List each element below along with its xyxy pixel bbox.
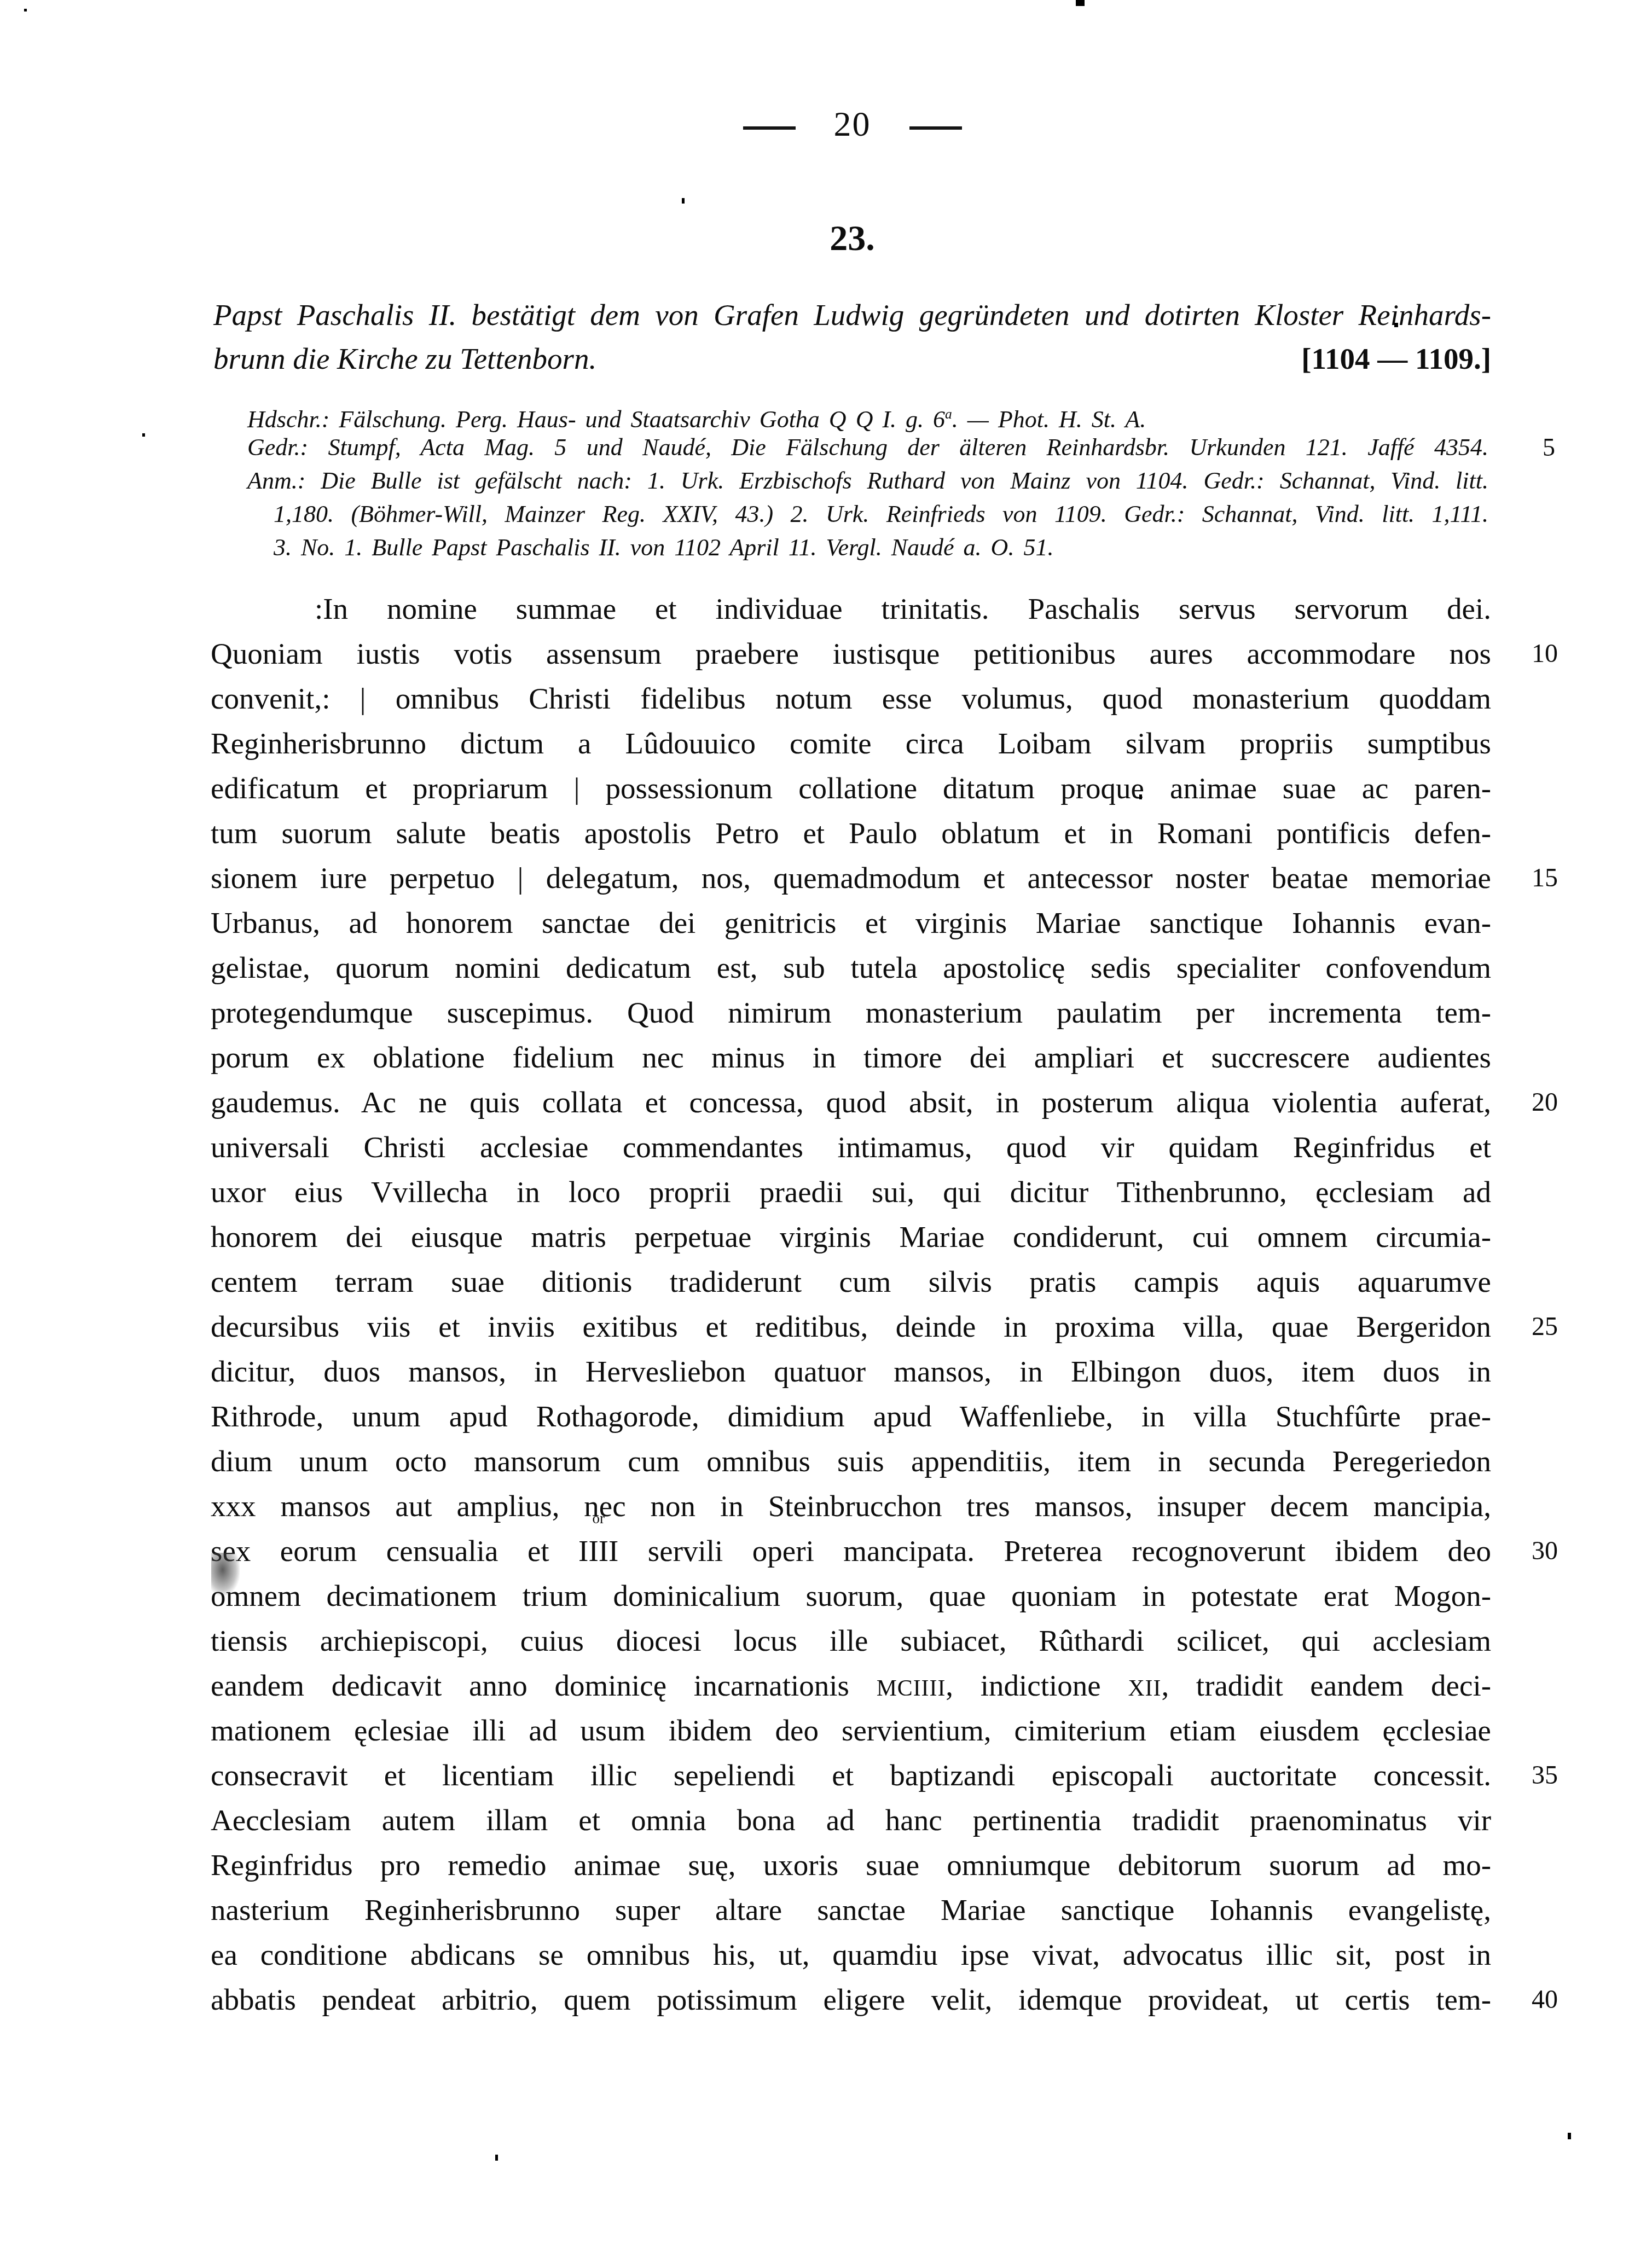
body-text-line: decursibus viis et inviis exitibus et re… xyxy=(211,1304,1491,1349)
body-text-line: Quoniam iustis votis assensum praebere i… xyxy=(211,631,1491,676)
regest-line2: brunn die Kirche zu Tettenborn. xyxy=(213,337,596,381)
scan-speck xyxy=(142,433,145,437)
apparatus-line: 1,180. (Böhmer-Will, Mainzer Reg. XXIV, … xyxy=(247,497,1488,531)
text-run: universali Christi acclesiae commendante… xyxy=(211,1130,1491,1164)
text-run: consecravit et licentiam illic sepeliend… xyxy=(211,1759,1491,1792)
margin-line-number: 25 xyxy=(1501,1304,1558,1349)
body-text-line: Reginherisbrunno dictum a Lûdouuico comi… xyxy=(211,721,1491,766)
margin-line-number: 35 xyxy=(1501,1753,1558,1798)
apparatus-line: Hdschr.: Fälschung. Perg. Haus- und Staa… xyxy=(247,397,1488,431)
charter-number: 23. xyxy=(213,218,1491,259)
body-text-line: xxx mansos aut amplius, nec non in Stein… xyxy=(211,1484,1491,1529)
body-text-line: edificatum et propriarum | possessionum … xyxy=(211,766,1491,811)
numeral-with-superscript: orIIII xyxy=(578,1529,618,1574)
text-run: tum suorum salute beatis apostolis Petro… xyxy=(211,816,1491,850)
ink-smudge xyxy=(211,1553,240,1595)
body-text-line: honorem dei eiusque matris perpetuae vir… xyxy=(211,1215,1491,1260)
text-run: 3. No. 1. Bulle Papst Paschalis II. von … xyxy=(274,534,1053,561)
text-run: :In nomine summae et individuae trinitat… xyxy=(315,592,1491,625)
scan-speck xyxy=(1139,794,1142,799)
text-run: Gedr.: Stumpf, Acta Mag. 5 und Naudé, Di… xyxy=(247,434,1488,461)
header-rule-right-icon xyxy=(909,126,962,130)
text-run: dium unum octo mansorum cum omnibus suis… xyxy=(211,1444,1491,1478)
text-run: sex eorum censualia et xyxy=(211,1534,578,1568)
text-run: Aecclesiam autem illam et omnia bona ad … xyxy=(211,1803,1491,1837)
regest-line2-row: brunn die Kirche zu Tettenborn. [1104 — … xyxy=(213,337,1491,381)
page-number: 20 xyxy=(834,104,871,144)
body-text-line: sionem iure perpetuo | delegatum, nos, q… xyxy=(211,856,1491,901)
body-text-line: centem terram suae ditionis tradiderunt … xyxy=(211,1260,1491,1304)
text-run: edificatum et propriarum | possessionum … xyxy=(211,771,1491,805)
text-run: Reginherisbrunno dictum a Lûdouuico comi… xyxy=(211,727,1491,760)
text-run: omnem decimationem trium dominicalium su… xyxy=(211,1579,1491,1612)
apparatus-line: Gedr.: Stumpf, Acta Mag. 5 und Naudé, Di… xyxy=(247,431,1488,464)
page-header: 20 xyxy=(213,104,1491,144)
text-run: abbatis pendeat arbitrio, quem potissimu… xyxy=(211,1983,1491,2016)
date-range: [1104 — 1109.] xyxy=(1301,337,1491,381)
body-text-line: Aecclesiam autem illam et omnia bona ad … xyxy=(211,1798,1491,1843)
text-run: centem terram suae ditionis tradiderunt … xyxy=(211,1265,1491,1298)
margin-line-number: 20 xyxy=(1501,1080,1558,1125)
text-run: Reginfridus pro remedio animae suę, uxor… xyxy=(211,1848,1491,1882)
small-caps-run: XII xyxy=(1128,1676,1161,1701)
text-run: dicitur, duos mansos, in Hervesliebon qu… xyxy=(211,1355,1491,1388)
scan-speck xyxy=(682,198,685,204)
text-run: sionem iure perpetuo | delegatum, nos, q… xyxy=(211,861,1491,895)
text-run: Urbanus, ad honorem sanctae dei genitric… xyxy=(211,906,1491,939)
text-run: gaudemus. Ac ne quis collata et concessa… xyxy=(211,1086,1491,1119)
apparatus-line: 3. No. 1. Bulle Papst Paschalis II. von … xyxy=(247,531,1488,564)
scan-speck xyxy=(1394,323,1398,327)
text-run: eandem dedicavit anno dominicę incarnati… xyxy=(211,1669,877,1702)
text-run: uxor eius Vvillecha in loco proprii prae… xyxy=(211,1175,1491,1209)
body-text-line: dicitur, duos mansos, in Hervesliebon qu… xyxy=(211,1349,1491,1394)
scan-speck xyxy=(1568,2133,1571,2139)
text-run: decursibus viis et inviis exitibus et re… xyxy=(211,1310,1491,1343)
scan-speck xyxy=(1076,0,1085,6)
regest: Papst Paschalis II. bestätigt dem von Gr… xyxy=(213,293,1491,381)
text-run: xxx mansos aut amplius, nec non in Stein… xyxy=(211,1489,1491,1523)
margin-line-number: 15 xyxy=(1501,856,1558,901)
body-text-line: convenit,: | omnibus Christi fidelibus n… xyxy=(211,676,1491,721)
body-text-line: omnem decimationem trium dominicalium su… xyxy=(211,1574,1491,1618)
regest-line1: Papst Paschalis II. bestätigt dem von Gr… xyxy=(213,293,1491,337)
body-text-line: porum ex oblatione fidelium nec minus in… xyxy=(211,1035,1491,1080)
body-text-line: Rithrode, unum apud Rothagorode, dimidiu… xyxy=(211,1394,1491,1439)
body-text-line: universali Christi acclesiae commendante… xyxy=(211,1125,1491,1170)
body-text-line: mationem ęclesiae illi ad usum ibidem de… xyxy=(211,1708,1491,1753)
superscript-run: a xyxy=(945,406,952,422)
body-text-line: tiensis archiepiscopi, cuius diocesi loc… xyxy=(211,1618,1491,1663)
body-text-line: abbatis pendeat arbitrio, quem potissimu… xyxy=(211,1977,1491,2022)
scan-speck xyxy=(495,2155,498,2161)
text-run: porum ex oblatione fidelium nec minus in… xyxy=(211,1041,1491,1074)
body-text-line: gaudemus. Ac ne quis collata et concessa… xyxy=(211,1080,1491,1125)
text-run: ea conditione abdicans se omnibus his, u… xyxy=(211,1938,1491,1971)
text-run: servili operi mancipata. Preterea recogn… xyxy=(618,1534,1491,1568)
body-text-line: uxor eius Vvillecha in loco proprii prae… xyxy=(211,1170,1491,1215)
body-text-line: eandem dedicavit anno dominicę incarnati… xyxy=(211,1663,1491,1708)
header-rule-left-icon xyxy=(743,126,796,130)
body-text-line: consecravit et licentiam illic sepeliend… xyxy=(211,1753,1491,1798)
text-run: mationem ęclesiae illi ad usum ibidem de… xyxy=(211,1714,1491,1747)
body-text-line: Reginfridus pro remedio animae suę, uxor… xyxy=(211,1843,1491,1888)
superscript-run: or xyxy=(592,1511,605,1526)
roman-numeral: IIII xyxy=(578,1534,618,1568)
text-run: Rithrode, unum apud Rothagorode, dimidiu… xyxy=(211,1400,1491,1433)
text-run: convenit,: | omnibus Christi fidelibus n… xyxy=(211,682,1491,715)
text-run: honorem dei eiusque matris perpetuae vir… xyxy=(211,1220,1491,1253)
text-run: . — Phot. H. St. A. xyxy=(952,406,1146,433)
body-text-line: dium unum octo mansorum cum omnibus suis… xyxy=(211,1439,1491,1484)
body-text-line: tum suorum salute beatis apostolis Petro… xyxy=(211,811,1491,856)
text-run: nasterium Reginherisbrunno super altare … xyxy=(211,1893,1491,1926)
scanned-book-page: 20 23. Papst Paschalis II. bestätigt dem… xyxy=(0,0,1652,2246)
charter-text-block: :In nomine summae et individuae trinitat… xyxy=(211,587,1491,2022)
text-run: protegendumque suscepimus. Quod nimirum … xyxy=(211,996,1491,1029)
body-text-line: protegendumque suscepimus. Quod nimirum … xyxy=(211,990,1491,1035)
margin-line-number: 10 xyxy=(1501,631,1558,676)
text-run: Hdschr.: Fälschung. Perg. Haus- und Staa… xyxy=(247,406,945,433)
text-run: , tradidit eandem deci- xyxy=(1161,1669,1491,1702)
margin-line-number: 5 xyxy=(1498,431,1555,464)
scan-speck xyxy=(24,9,27,11)
apparatus-line: Anm.: Die Bulle ist gefälscht nach: 1. U… xyxy=(247,464,1488,497)
margin-line-number: 40 xyxy=(1501,1977,1558,2022)
text-run: 1,180. (Böhmer-Will, Mainzer Reg. XXIV, … xyxy=(274,501,1488,527)
body-text-line: sex eorum censualia et orIIII servili op… xyxy=(211,1529,1491,1574)
body-text-line: Urbanus, ad honorem sanctae dei genitric… xyxy=(211,901,1491,945)
margin-line-number: 30 xyxy=(1501,1529,1558,1574)
body-text-line: nasterium Reginherisbrunno super altare … xyxy=(211,1888,1491,1932)
body-text-line: gelistae, quorum nomini dedicatum est, s… xyxy=(211,945,1491,990)
text-run: Anm.: Die Bulle ist gefälscht nach: 1. U… xyxy=(247,467,1488,494)
body-text-line: ea conditione abdicans se omnibus his, u… xyxy=(211,1932,1491,1977)
small-caps-run: MCIIII xyxy=(877,1676,946,1701)
text-run: tiensis archiepiscopi, cuius diocesi loc… xyxy=(211,1624,1491,1657)
body-text-line: :In nomine summae et individuae trinitat… xyxy=(211,587,1491,631)
text-run: , indictione xyxy=(946,1669,1128,1702)
apparatus-block: Hdschr.: Fälschung. Perg. Haus- und Staa… xyxy=(247,397,1488,564)
text-run: gelistae, quorum nomini dedicatum est, s… xyxy=(211,951,1491,984)
text-run: Quoniam iustis votis assensum praebere i… xyxy=(211,637,1491,670)
